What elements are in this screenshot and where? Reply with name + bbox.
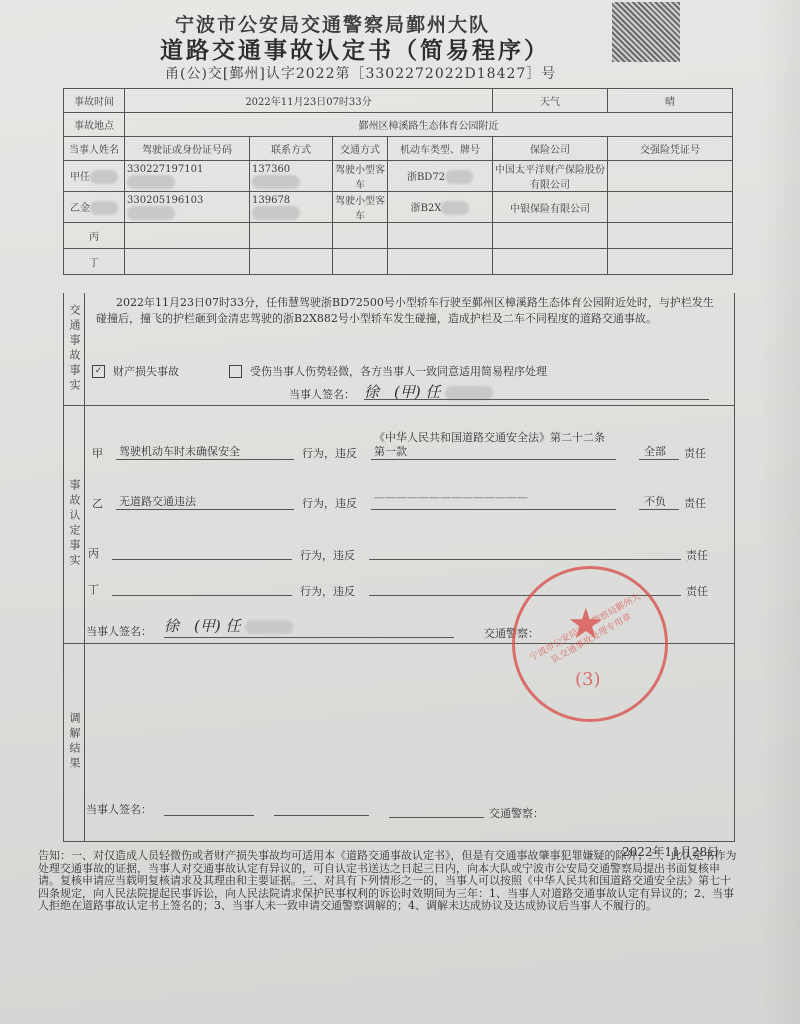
signature-line bbox=[389, 817, 484, 818]
party-mode bbox=[333, 249, 388, 275]
time-value: 2022年11月23日07时33分 bbox=[125, 89, 493, 113]
seal-number: (3) bbox=[575, 669, 601, 690]
col-phone: 联系方式 bbox=[250, 137, 333, 161]
party-id: 330205196103 bbox=[125, 192, 250, 223]
option-property-damage[interactable]: ✓ 财产损失事故 bbox=[92, 363, 179, 379]
col-mode: 交通方式 bbox=[333, 137, 388, 161]
table-row: 乙金 330205196103 139678 驾驶小型客车 浙B2X 中银保险有… bbox=[64, 192, 733, 223]
party-id bbox=[125, 249, 250, 275]
sign-label: 当事人签名： bbox=[86, 623, 152, 639]
sign-label: 当事人签名： bbox=[289, 386, 355, 402]
law-line bbox=[371, 509, 616, 510]
responsibility-line bbox=[639, 509, 679, 510]
weather-label: 天气 bbox=[493, 89, 608, 113]
checkbox-empty-icon[interactable] bbox=[229, 365, 242, 378]
party-phone bbox=[250, 249, 333, 275]
responsibility-line bbox=[639, 459, 679, 460]
signature-line bbox=[164, 815, 254, 816]
col-insurer: 保险公司 bbox=[493, 137, 608, 161]
party-mode: 驾驶小型客车 bbox=[333, 192, 388, 223]
party-plate bbox=[388, 223, 493, 249]
table-row: 丙 bbox=[64, 223, 733, 249]
responsibility-label: 责任 bbox=[684, 495, 706, 511]
responsibility-value: 全部 bbox=[644, 443, 666, 459]
party-name: 乙金 bbox=[64, 192, 125, 223]
option-label: 财产损失事故 bbox=[113, 363, 179, 379]
signature-line bbox=[164, 637, 454, 638]
party-phone: 139678 bbox=[250, 192, 333, 223]
police-label: 交通警察： bbox=[489, 805, 544, 821]
table-row: 丁 bbox=[64, 249, 733, 275]
party-id bbox=[125, 223, 250, 249]
party-plate: 浙B2X bbox=[388, 192, 493, 223]
law-value: —————————————— bbox=[374, 491, 528, 504]
table-row: 甲任 330227197101 137360 驾驶小型客车 浙BD72 中国太平… bbox=[64, 161, 733, 192]
party-insurer bbox=[493, 249, 608, 275]
party-cert bbox=[608, 249, 733, 275]
party-signature: 徐 (甲) 任 bbox=[164, 615, 293, 636]
time-label: 事故时间 bbox=[64, 89, 125, 113]
behavior-label: 行为，违反 bbox=[302, 495, 357, 511]
paper-shadow bbox=[760, 0, 800, 1024]
law-line bbox=[369, 559, 681, 560]
place-value: 鄞州区樟溪路生态体育公园附近 bbox=[125, 113, 733, 137]
party-mode: 驾驶小型客车 bbox=[333, 161, 388, 192]
parties-table: 事故时间 2022年11月23日07时33分 天气 晴 事故地点 鄞州区樟溪路生… bbox=[63, 88, 733, 275]
option-label: 受伤当事人伤势轻微，各方当事人一致同意适用简易程序处理 bbox=[250, 363, 547, 379]
party-label: 乙 bbox=[92, 495, 103, 511]
responsibility-label: 责任 bbox=[684, 445, 706, 461]
party-name: 丙 bbox=[64, 223, 125, 249]
document-title: 道路交通事故认定书（简易程序） bbox=[160, 32, 550, 65]
qr-code-icon bbox=[612, 2, 680, 62]
party-name: 甲任 bbox=[64, 161, 125, 192]
signature-line bbox=[274, 815, 369, 816]
behavior-value: 驾驶机动车时未确保安全 bbox=[119, 443, 240, 459]
responsibility-value: 不负 bbox=[644, 493, 666, 509]
law-line bbox=[371, 459, 616, 460]
col-name: 当事人姓名 bbox=[64, 137, 125, 161]
behavior-line bbox=[112, 559, 292, 560]
facts-text: 2022年11月23日07时33分，任伟慧驾驶浙BD72500号小型轿车行驶至鄞… bbox=[64, 293, 734, 327]
behavior-label: 行为，违反 bbox=[300, 583, 355, 599]
party-label: 丙 bbox=[88, 545, 99, 561]
behavior-line bbox=[116, 459, 294, 460]
official-seal: 宁波市公安局交通警察局鄞州大队交通事故处理专用章 ★ (3) bbox=[512, 566, 668, 722]
party-label: 丁 bbox=[88, 581, 99, 597]
facts-section: 交通事故事实 2022年11月23日07时33分，任伟慧驾驶浙BD72500号小… bbox=[63, 293, 735, 406]
party-name: 丁 bbox=[64, 249, 125, 275]
party-id: 330227197101 bbox=[125, 161, 250, 192]
table-header-row: 当事人姓名 驾驶证或身份证号码 联系方式 交通方式 机动车类型、牌号 保险公司 … bbox=[64, 137, 733, 161]
party-phone: 137360 bbox=[250, 161, 333, 192]
place-label: 事故地点 bbox=[64, 113, 125, 137]
legal-notice: 告知：一、对仅造成人员轻微伤或者财产损失事故均可适用本《道路交通事故认定书》，但… bbox=[38, 850, 738, 913]
behavior-line bbox=[116, 509, 294, 510]
mediation-side-label: 调解结果 bbox=[64, 643, 85, 841]
document-number: 甬(公)交[鄞州]认字2022第［3302272022D18427］号 bbox=[165, 63, 556, 83]
option-minor-injury[interactable]: 受伤当事人伤势轻微，各方当事人一致同意适用简易程序处理 bbox=[229, 363, 547, 379]
signature-line bbox=[364, 399, 709, 400]
party-plate: 浙BD72 bbox=[388, 161, 493, 192]
sign-label: 当事人签名： bbox=[86, 801, 152, 817]
party-cert bbox=[608, 192, 733, 223]
checkbox-checked-icon[interactable]: ✓ bbox=[92, 365, 105, 378]
party-mode bbox=[333, 223, 388, 249]
responsibility-label: 责任 bbox=[686, 547, 708, 563]
col-id: 驾驶证或身份证号码 bbox=[125, 137, 250, 161]
party-cert bbox=[608, 223, 733, 249]
col-cert: 交强险凭证号 bbox=[608, 137, 733, 161]
determination-side-label: 事故认定事实 bbox=[64, 405, 85, 643]
responsibility-label: 责任 bbox=[686, 583, 708, 599]
law-value: 《中华人民共和国道路交通安全法》第二十二条第一款 bbox=[374, 431, 614, 459]
party-plate bbox=[388, 249, 493, 275]
col-plate: 机动车类型、牌号 bbox=[388, 137, 493, 161]
party-insurer: 中国太平洋财产保险股份有限公司 bbox=[493, 161, 608, 192]
party-insurer bbox=[493, 223, 608, 249]
behavior-label: 行为，违反 bbox=[300, 547, 355, 563]
behavior-line bbox=[112, 595, 292, 596]
behavior-value: 无道路交通违法 bbox=[119, 493, 196, 509]
weather-value: 晴 bbox=[608, 89, 733, 113]
facts-side-label: 交通事故事实 bbox=[64, 293, 85, 405]
party-insurer: 中银保险有限公司 bbox=[493, 192, 608, 223]
party-label: 甲 bbox=[92, 445, 103, 461]
party-phone bbox=[250, 223, 333, 249]
party-cert bbox=[608, 161, 733, 192]
star-icon: ★ bbox=[567, 599, 605, 648]
behavior-label: 行为，违反 bbox=[302, 445, 357, 461]
